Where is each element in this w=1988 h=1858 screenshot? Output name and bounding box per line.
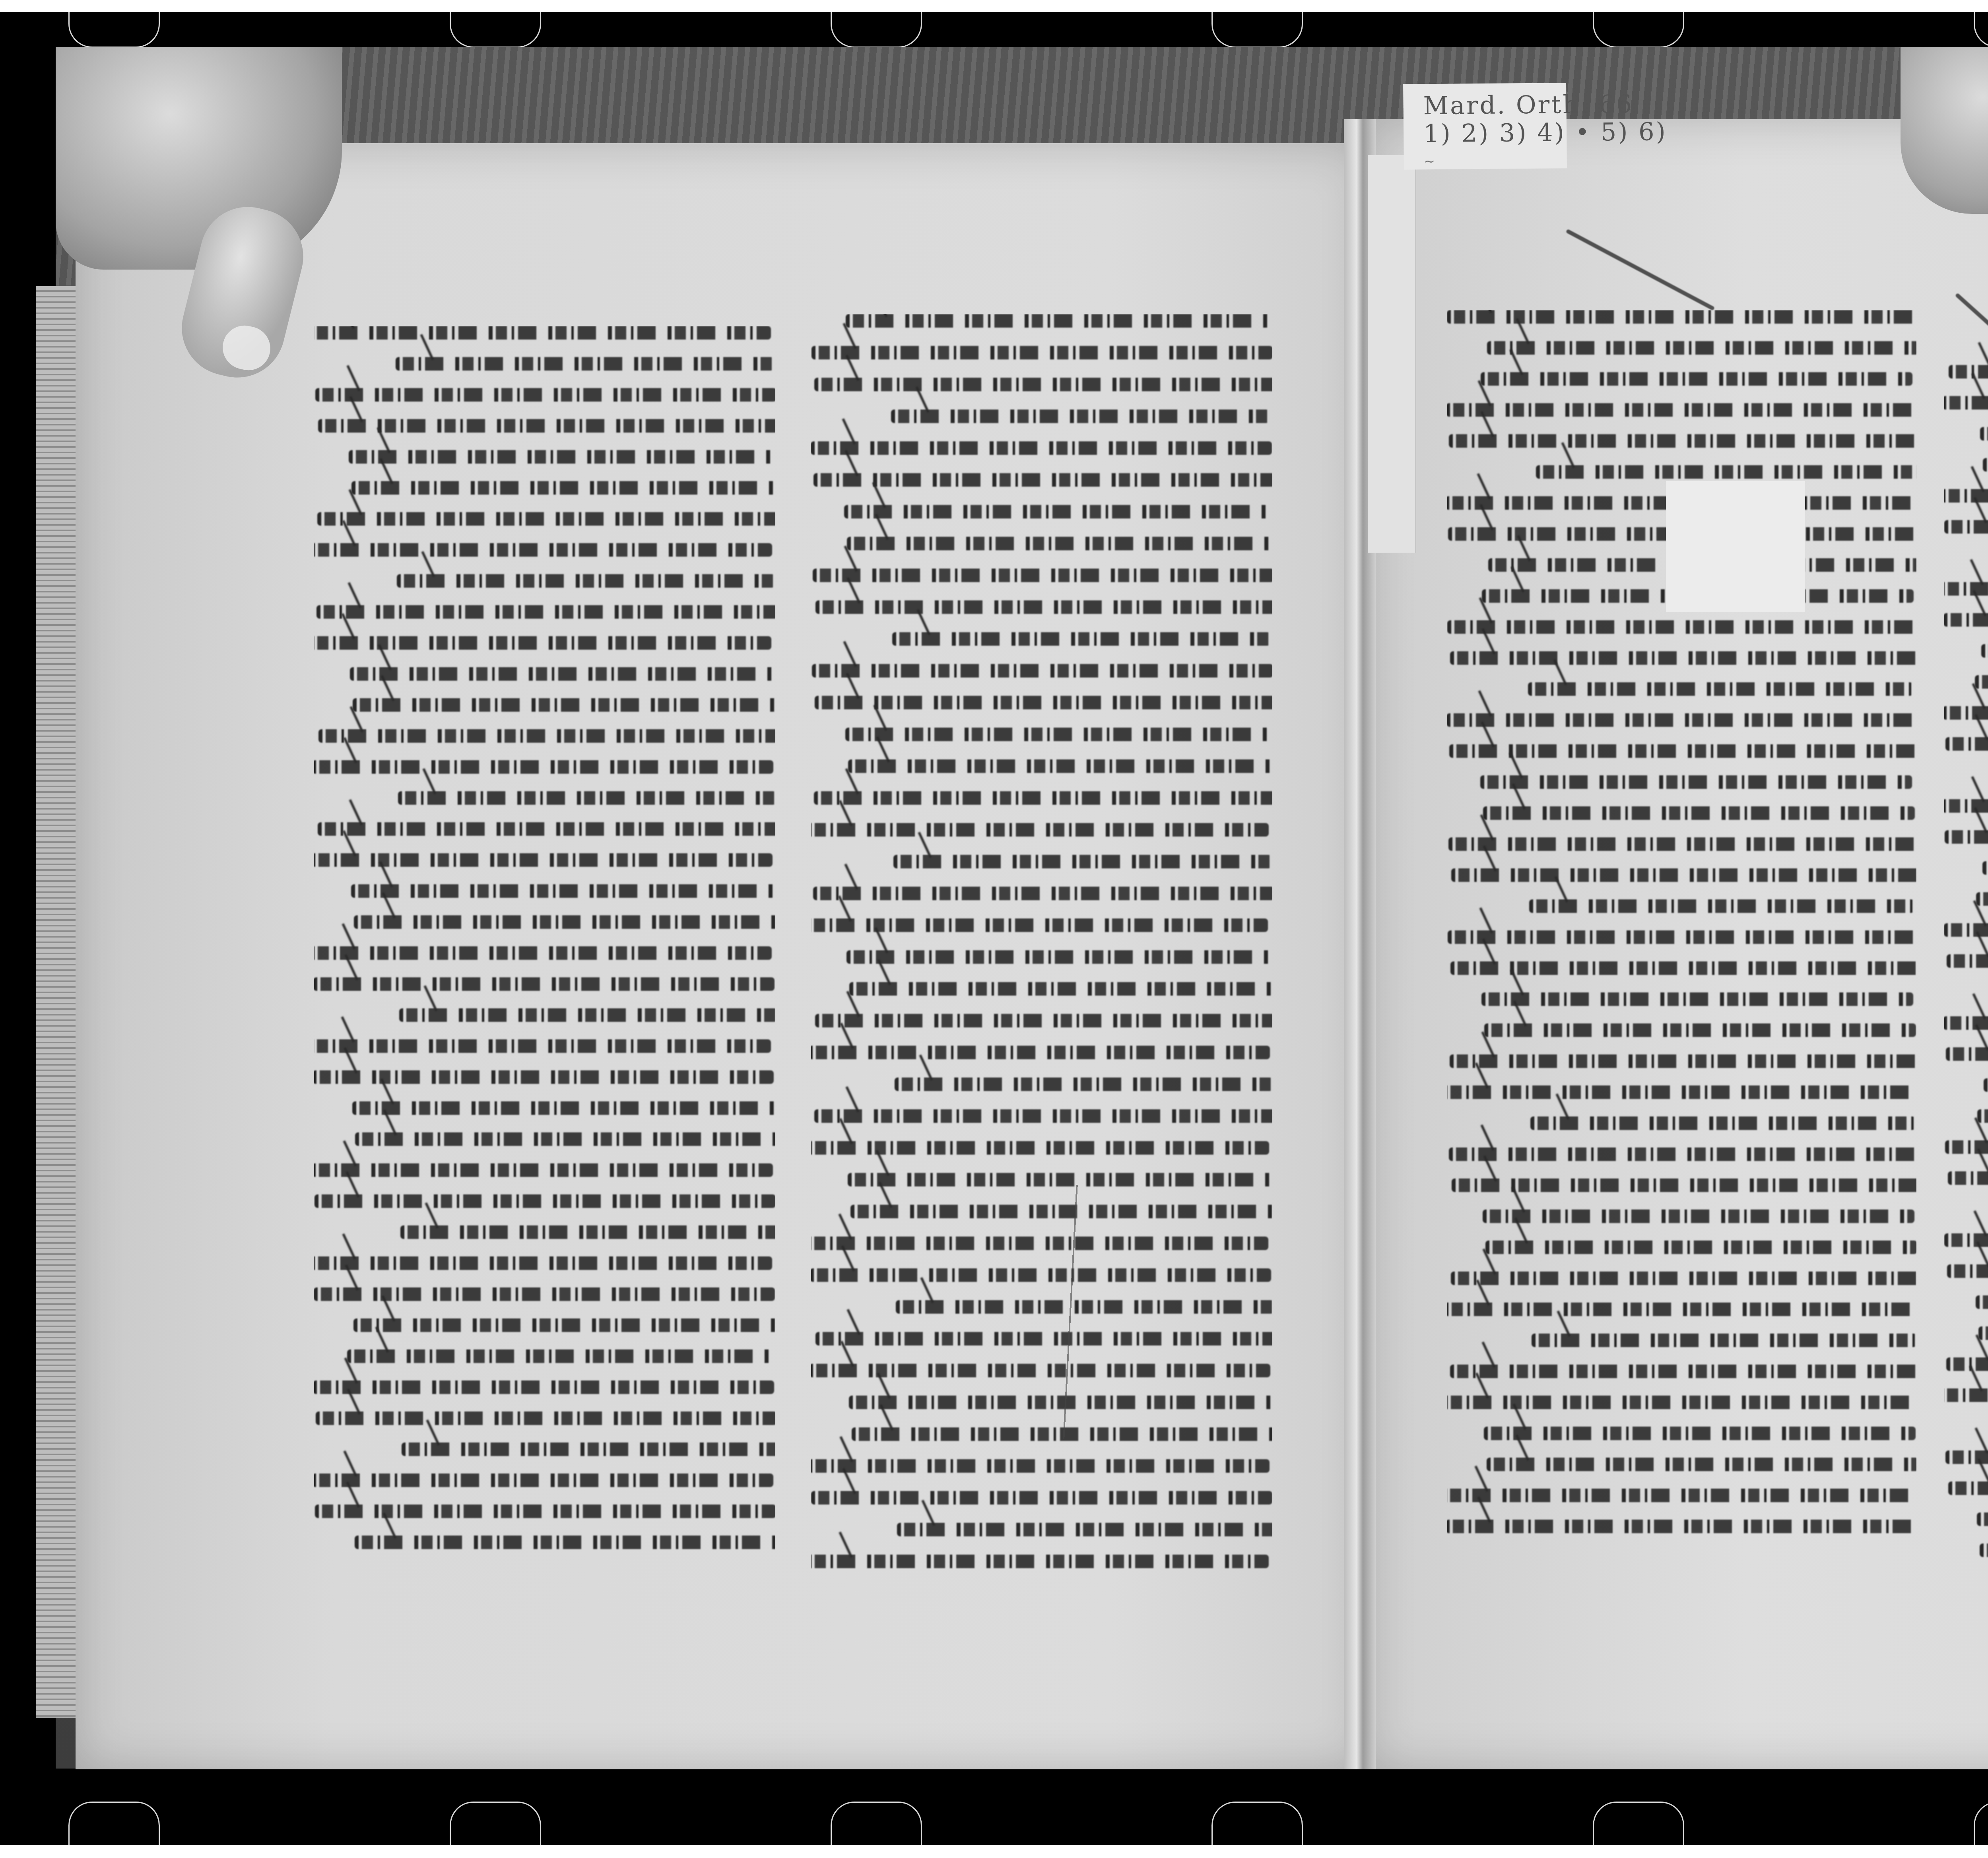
manuscript-text-line [812, 664, 1272, 678]
manuscript-text-line [1944, 799, 1988, 813]
sprocket-hole [1593, 1802, 1684, 1845]
manuscript-text-line [1487, 341, 1916, 355]
manuscript-text-line [897, 1523, 1272, 1536]
manuscript-text-line [1981, 644, 1988, 658]
manuscript-text-line [849, 1396, 1272, 1409]
manuscript-text-line [896, 1300, 1272, 1314]
manuscript-text-line [314, 1163, 773, 1177]
manuscript-text-line [811, 1491, 1272, 1505]
manuscript-text-line [892, 632, 1270, 646]
manuscript-text-line [1976, 1295, 1988, 1309]
manuscript-text-line [1944, 1233, 1988, 1247]
manuscript-text-line [1944, 613, 1988, 627]
manuscript-text-line [1977, 1512, 1988, 1526]
manuscript-text-line [811, 918, 1268, 932]
manuscript-text-line [1528, 682, 1913, 696]
manuscript-text-line [1949, 365, 1988, 379]
manuscript-text-line [813, 569, 1272, 582]
manuscript-text-line [316, 1411, 775, 1425]
manuscript-text-line [1948, 1171, 1988, 1185]
manuscript-text-line [1976, 892, 1988, 906]
manuscript-text-line [1948, 1481, 1988, 1495]
sprocket-hole [450, 12, 541, 48]
manuscript-text-line [895, 1078, 1272, 1091]
manuscript-text-line [353, 1318, 775, 1332]
manuscript-text-line [1944, 520, 1988, 534]
manuscript-text-line [1946, 1047, 1988, 1061]
manuscript-text-line [1483, 806, 1915, 820]
manuscript-text-line [1947, 954, 1988, 968]
manuscript-text-line [1449, 434, 1916, 448]
manuscript-text-line [347, 1349, 771, 1363]
sprocket-hole [1211, 1802, 1303, 1845]
manuscript-text-line [1984, 1078, 1988, 1092]
manuscript-text-line [846, 314, 1270, 328]
manuscript-text-line [815, 696, 1272, 709]
text-column-left-inner [811, 314, 1272, 1586]
manuscript-text-line [811, 1459, 1270, 1473]
manuscript-text-line [846, 950, 1271, 964]
manuscript-text-line [813, 473, 1272, 487]
manuscript-text-line [1978, 1326, 1988, 1340]
manuscript-text-line [1447, 620, 1916, 634]
manuscript-text-line [814, 378, 1272, 391]
manuscript-text-line [814, 1109, 1272, 1123]
manuscript-text-line [1447, 1396, 1913, 1409]
manuscript-text-line [317, 512, 775, 526]
manuscript-text-line [1944, 489, 1988, 503]
manuscript-text-line [1980, 1543, 1988, 1557]
manuscript-text-line [1946, 1357, 1988, 1371]
manuscript-text-line [811, 1237, 1268, 1250]
manuscript-text-line [811, 823, 1269, 837]
manuscript-text-line [1450, 1365, 1916, 1378]
manuscript-text-line [314, 543, 772, 557]
manuscript-text-line [1530, 1116, 1915, 1130]
manuscript-text-line [1483, 1210, 1914, 1223]
manuscript-text-line [1447, 1085, 1912, 1099]
manuscript-text-line [1977, 1109, 1988, 1123]
manuscript-text-line [1448, 837, 1916, 851]
manuscript-text-line [812, 346, 1272, 359]
sprocket-hole [831, 1802, 922, 1845]
manuscript-text-line [1449, 1147, 1916, 1161]
manuscript-text-line [315, 1194, 775, 1208]
manuscript-text-line [815, 1014, 1272, 1027]
film-edge-bottom [0, 1845, 1988, 1858]
manuscript-text-line [1452, 1178, 1916, 1192]
manuscript-text-line [811, 1268, 1271, 1282]
text-column-left-outer [314, 326, 775, 1598]
manuscript-text-line [1450, 961, 1916, 975]
manuscript-text-line [813, 887, 1272, 900]
manuscript-text-line [314, 946, 772, 960]
manuscript-text-line [1944, 1016, 1988, 1030]
manuscript-text-line [845, 728, 1270, 741]
manuscript-text-line [1449, 744, 1916, 758]
manuscript-text-line [1944, 1388, 1988, 1402]
manuscript-text-line [1532, 1334, 1916, 1347]
manuscript-text-line [1945, 1450, 1988, 1464]
inserted-strip [1368, 155, 1416, 553]
manuscript-text-line [1450, 1054, 1916, 1068]
manuscript-text-line [1944, 923, 1988, 937]
manuscript-text-line [398, 791, 775, 805]
manuscript-text-line [893, 855, 1272, 868]
sprocket-hole [450, 1802, 541, 1845]
sprocket-hole [1211, 12, 1303, 48]
manuscript-text-line [1945, 830, 1988, 844]
manuscript-text-line [815, 1332, 1272, 1345]
manuscript-text-line [1450, 651, 1916, 665]
manuscript-text-line [811, 1555, 1269, 1568]
manuscript-text-line [1447, 1489, 1912, 1502]
manuscript-text-line [402, 1443, 775, 1456]
manuscript-text-line [1484, 1023, 1916, 1037]
manuscript-text-line [1484, 1427, 1916, 1440]
manuscript-text-line [844, 505, 1268, 518]
manuscript-text-line [353, 698, 775, 712]
manuscript-text-line [1944, 706, 1988, 720]
manuscript-text-line [314, 1474, 773, 1487]
manuscript-text-line [1447, 713, 1916, 727]
manuscript-text-line [1451, 868, 1916, 882]
manuscript-text-line [1983, 458, 1988, 472]
manuscript-text-line [1975, 675, 1988, 689]
manuscript-text-line [314, 326, 771, 340]
manuscript-text-line [1487, 1458, 1916, 1471]
manuscript-text-line [1481, 992, 1913, 1006]
manuscript-text-line [396, 357, 774, 371]
manuscript-text-line [399, 1008, 775, 1022]
manuscript-text-line [1945, 737, 1988, 751]
manuscript-text-line [350, 667, 774, 681]
manuscript-text-line [397, 574, 775, 588]
manuscript-text-line [849, 982, 1272, 996]
manuscript-text-line [848, 759, 1272, 773]
manuscript-text-line [400, 1225, 775, 1239]
manuscript-text-line [815, 600, 1272, 614]
manuscript-text-line [811, 1046, 1270, 1059]
manuscript-text-line [314, 977, 775, 991]
sprocket-hole [831, 12, 922, 48]
manuscript-text-line [1944, 582, 1988, 596]
text-column-right-outer [1944, 334, 1988, 1598]
manuscript-text-line [318, 729, 775, 743]
manuscript-text-line [811, 1141, 1269, 1155]
sprocket-hole [1593, 12, 1684, 48]
manuscript-text-line [1529, 899, 1914, 913]
manuscript-text-line [1945, 1140, 1988, 1154]
manuscript-text-line [318, 822, 775, 836]
manuscript-text-line [354, 915, 775, 929]
manuscript-text-line [847, 537, 1271, 550]
manuscript-text-line [314, 760, 773, 774]
manuscript-text-line [314, 1256, 772, 1270]
catalog-part-numbers: 1) 2) 3) 4) • 5) 6) [1423, 118, 1563, 148]
left-hand [56, 47, 342, 270]
catalog-shelfmark: Mard. Orth. 66 [1423, 91, 1563, 120]
manuscript-text-line [1480, 775, 1912, 789]
manuscript-text-line [814, 791, 1272, 805]
manuscript-text-line [1447, 1520, 1915, 1533]
sprocket-hole [68, 1802, 160, 1845]
manuscript-text-line [314, 1039, 771, 1053]
manuscript-text-line [351, 884, 775, 898]
manuscript-text-line [352, 1101, 775, 1115]
manuscript-text-line [850, 1205, 1272, 1218]
manuscript-text-line [1980, 427, 1988, 441]
manuscript-text-line [1536, 465, 1916, 479]
manuscript-text-line [1481, 372, 1912, 386]
manuscript-text-line [1947, 1264, 1988, 1278]
film-edge-top [0, 0, 1988, 12]
manuscript-text-line [852, 1427, 1272, 1441]
manuscript-text-line [314, 636, 771, 650]
manuscript-text-line [1451, 1272, 1916, 1285]
manuscript-text-line [316, 605, 775, 619]
manuscript-text-line [1447, 1303, 1914, 1316]
catalog-label: Mard. Orth. 66 1) 2) 3) 4) • 5) 6) ~ [1403, 83, 1567, 170]
manuscript-text-line [1447, 403, 1915, 417]
manuscript-text-line [355, 1132, 775, 1146]
sprocket-hole [68, 12, 160, 48]
manuscript-text-line [1448, 930, 1916, 944]
manuscript-text-line [314, 1380, 774, 1394]
manuscript-text-line [1982, 861, 1988, 875]
manuscript-text-line [848, 1173, 1272, 1186]
manuscript-text-line [355, 1536, 775, 1549]
manuscript-text-line [1485, 1241, 1916, 1254]
manuscript-text-line [351, 481, 775, 495]
manuscript-text-line [349, 450, 773, 464]
manuscript-text-line [315, 388, 775, 402]
manuscript-text-line [811, 441, 1272, 455]
paper-patch [1666, 481, 1805, 612]
manuscript-text-line [1944, 396, 1988, 410]
catalog-note: ~ [1423, 146, 1563, 175]
manuscript-text-line [318, 419, 775, 433]
manuscript-text-line [891, 410, 1269, 423]
